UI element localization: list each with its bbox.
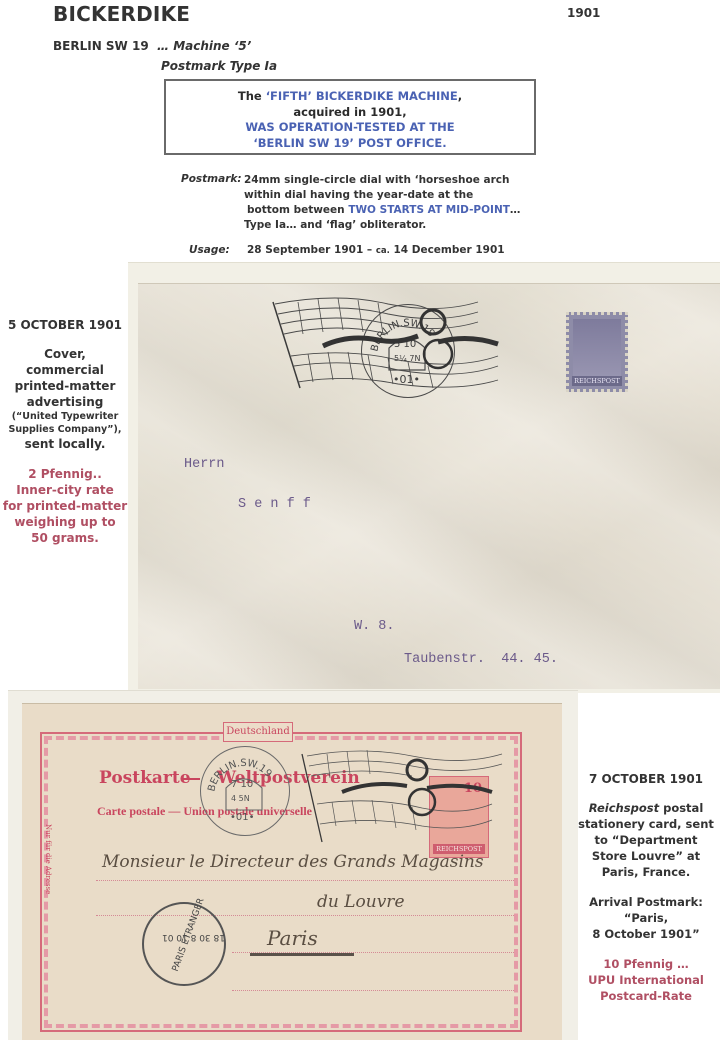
item2-arrival-2: “Paris,	[578, 910, 714, 926]
item1-desc-3: printed-matter	[0, 378, 130, 394]
cover-envelope: BERLIN.SW.19 5 10 5¼ 7N •01•	[138, 283, 720, 689]
pm-line2: within dial having the year-date at the	[244, 188, 544, 203]
item2-desc-1: postal	[659, 801, 703, 815]
item2-desc-2: stationery card, sent	[578, 816, 714, 832]
info-line1-post: ,	[458, 89, 462, 103]
flag-obliterator-icon	[22, 704, 562, 844]
usage-ca: ca.	[376, 246, 390, 256]
item1-rate-1: 2 Pfennig..	[0, 466, 130, 482]
address-dotline-4	[232, 990, 514, 991]
item2-rate-1: 10 Pfennig …	[578, 956, 714, 972]
item2-arrival-1: Arrival Postmark:	[578, 894, 714, 910]
pm-line3-pre: bottom between	[247, 204, 348, 216]
address-line-2: S e n f f	[238, 497, 311, 512]
pm-line1: 24mm single-circle dial with ‘horseshoe …	[244, 173, 544, 188]
info-box: The ‘FIFTH’ BICKERDIKE MACHINE, acquired…	[164, 79, 536, 155]
caption-item2: 7 OCTOBER 1901 Reichspost postal station…	[578, 772, 714, 1004]
item2-desc-5: Paris, France.	[578, 864, 714, 880]
item2-date: 7 OCTOBER 1901	[578, 772, 714, 786]
pm-line4: Type Ia… and ‘flag’ obliterator.	[244, 218, 544, 233]
item1-desc-1: Cover,	[0, 346, 130, 362]
address-line-4: Taubenstr. 44. 45.	[404, 652, 558, 667]
info-line1-highlight: ‘FIFTH’ BICKERDIKE MACHINE	[266, 89, 458, 103]
page-year: 1901	[567, 6, 600, 20]
arrival-date-text: 18 30 8 10 01	[162, 932, 225, 942]
subtitle-office: BERLIN SW 19 … Machine ‘5’	[53, 39, 251, 53]
caption-item1: 5 OCTOBER 1901 Cover, commercial printed…	[0, 318, 130, 546]
handwritten-line-1: Monsieur le Directeur des Grands Magasin…	[102, 852, 484, 872]
machine-label: … Machine ‘5’	[157, 39, 251, 53]
address-line-1: Herrn	[184, 457, 225, 472]
item2-desc-3: to “Department	[578, 832, 714, 848]
item1-small-2: Supplies Company”),	[0, 423, 130, 436]
info-line2: acquired in 1901,	[166, 105, 534, 121]
handwritten-line-3: Paris	[267, 926, 318, 950]
usage-range: 28 September 1901 – ca. 14 December 1901	[247, 244, 505, 256]
flag-obliterator-icon	[138, 284, 720, 424]
item1-small-1: (“United Typewriter	[0, 410, 130, 423]
address-dotline-1	[96, 880, 514, 881]
usage-from: 28 September 1901 –	[247, 244, 376, 256]
postal-stationery-card: Deutschland Postkarte Weltpostverein Car…	[22, 703, 562, 1040]
item1-rate-5: 50 grams.	[0, 530, 130, 546]
item2-desc-4: Store Louvre” at	[578, 848, 714, 864]
item2-rate-3: Postcard-Rate	[578, 988, 714, 1004]
office-name: BERLIN SW 19	[53, 39, 149, 53]
postmark-type: Postmark Type Ia	[161, 59, 277, 73]
info-line1-pre: The	[238, 89, 266, 103]
handwritten-line-2: du Louvre	[317, 892, 405, 912]
info-line4: ‘BERLIN SW 19’ POST OFFICE.	[166, 136, 534, 152]
item1-desc-end: sent locally.	[0, 436, 130, 452]
item1-desc-4: advertising	[0, 394, 130, 410]
underline-stroke	[250, 953, 354, 956]
item2-arrival-3: 8 October 1901”	[578, 926, 714, 942]
item1-rate-3: for printed-matter	[0, 498, 130, 514]
item2-desc-ital: Reichspost	[589, 801, 659, 815]
item1-rate-4: weighing up to	[0, 514, 130, 530]
item2-rate-2: UPU International	[578, 972, 714, 988]
stamp-germania-2pf: REICHSPOST	[566, 312, 628, 392]
item1-rate-2: Inner-city rate	[0, 482, 130, 498]
postmark-description: 24mm single-circle dial with ‘horseshoe …	[244, 173, 544, 233]
info-line3: WAS OPERATION-TESTED AT THE	[166, 120, 534, 136]
pm-line3-highlight: TWO STARTS AT MID-POINT	[348, 204, 510, 216]
item1-date: 5 OCTOBER 1901	[0, 318, 130, 332]
postmark-label: Postmark:	[181, 173, 242, 185]
usage-to: 14 December 1901	[390, 244, 505, 256]
usage-label: Usage:	[189, 244, 230, 256]
paris-arrival-postmark: PARIS ÉTRANGER 18 30 8 10 01	[142, 902, 226, 986]
address-line-3: W. 8.	[354, 619, 395, 634]
stamp-label: REICHSPOST	[572, 376, 622, 386]
item1-desc-2: commercial	[0, 362, 130, 378]
page-title: BICKERDIKE	[53, 2, 190, 26]
pm-line3-post: …	[510, 204, 521, 216]
